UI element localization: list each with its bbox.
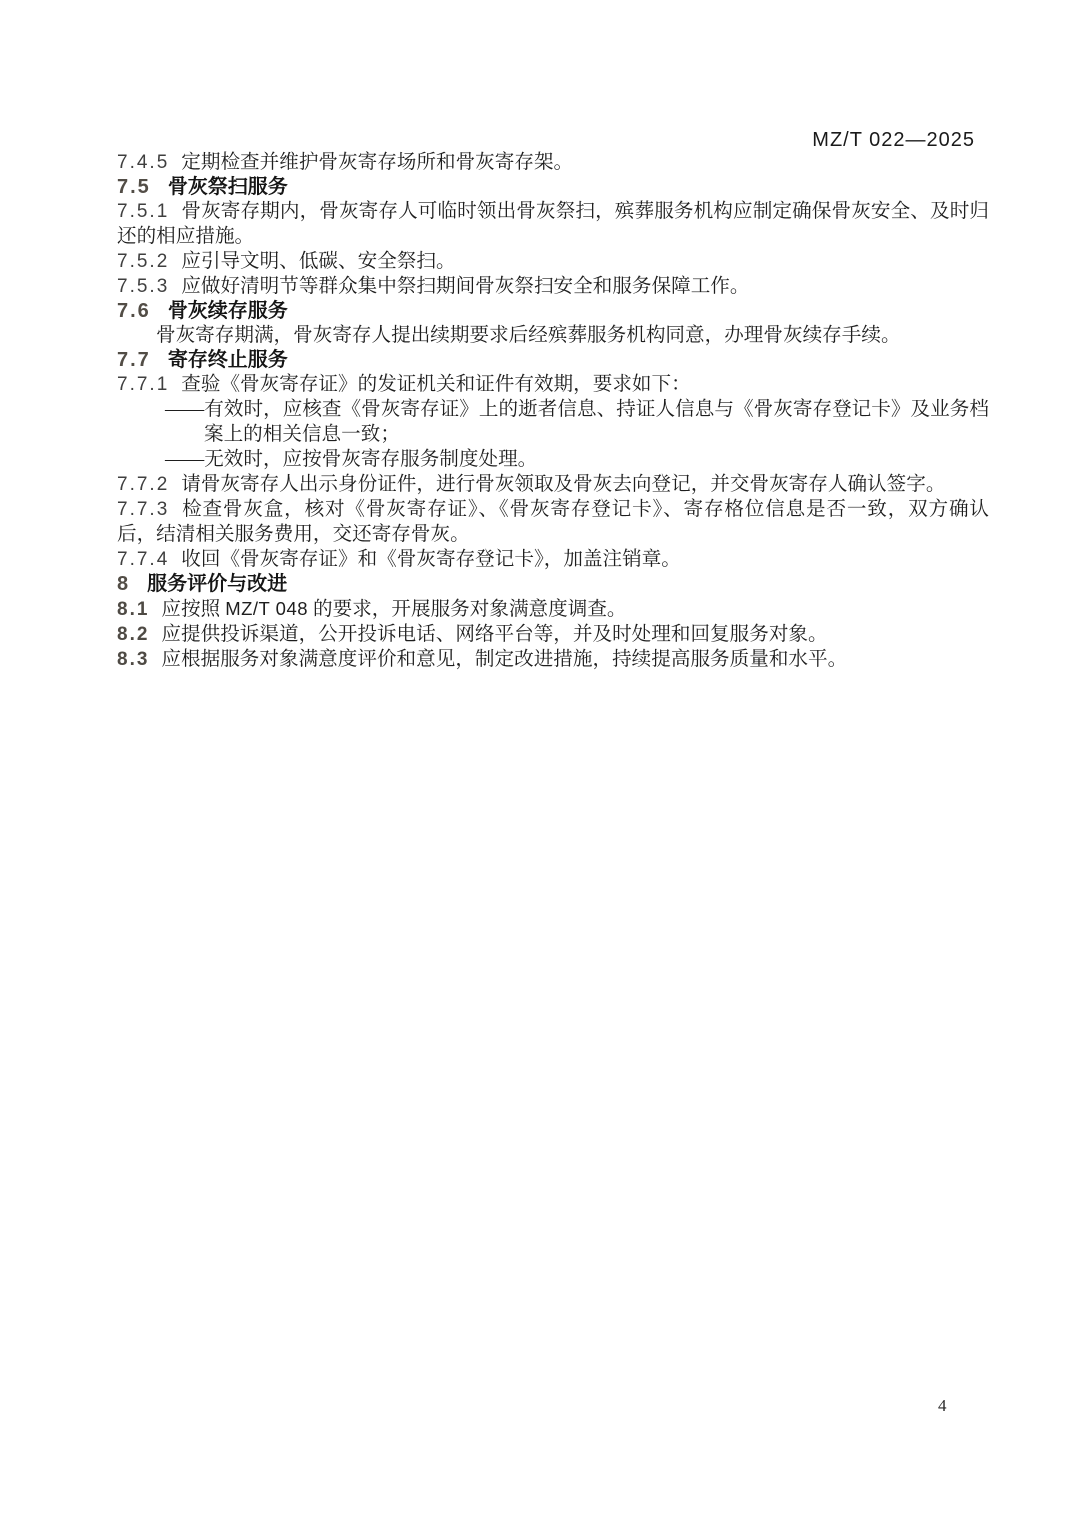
clause-7-5-1: 7.5.1骨灰寄存期内，骨灰寄存人可临时领出骨灰祭扫，殡葬服务机构应制定确保骨灰… bbox=[117, 199, 989, 249]
clause-text: 应提供投诉渠道，公开投诉电话、网络平台等，并及时处理和回复服务对象。 bbox=[161, 624, 827, 645]
clause-7-5-3: 7.5.3应做好清明节等群众集中祭扫期间骨灰祭扫安全和服务保障工作。 bbox=[117, 274, 989, 299]
clause-number: 7.5.2 bbox=[117, 251, 169, 272]
heading-number: 7.5 bbox=[117, 176, 151, 198]
clause-7-5-2: 7.5.2应引导文明、低碳、安全祭扫。 bbox=[117, 249, 989, 274]
clause-text: 应根据服务对象满意度评价和意见，制定改进措施，持续提高服务质量和水平。 bbox=[161, 649, 847, 670]
dash-item-invalid: ——无效时，应按骨灰寄存服务制度处理。 bbox=[165, 447, 989, 472]
standard-number: MZ/T 022—2025 bbox=[812, 129, 975, 151]
section-heading-7-7: 7.7寄存终止服务 bbox=[117, 348, 989, 372]
clause-7-7-3: 7.7.3检查骨灰盒，核对《骨灰寄存证》、《骨灰寄存登记卡》、寄存格位信息是否一… bbox=[117, 497, 989, 547]
clause-7-4-5: 7.4.5定期检查并维护骨灰寄存场所和骨灰寄存架。 bbox=[117, 150, 989, 175]
referenced-standard: MZ/T 048 bbox=[225, 598, 308, 619]
page-number: 4 bbox=[938, 1396, 947, 1416]
clause-text: 骨灰寄存期内，骨灰寄存人可临时领出骨灰祭扫，殡葬服务机构应制定确保骨灰安全、及时… bbox=[117, 201, 989, 247]
heading-title: 骨灰祭扫服务 bbox=[168, 176, 288, 198]
doc-header: MZ/T 022—2025 bbox=[117, 130, 989, 150]
clause-7-7-4: 7.7.4收回《骨灰寄存证》和《骨灰寄存登记卡》，加盖注销章。 bbox=[117, 547, 989, 572]
clause-text: 检查骨灰盒，核对《骨灰寄存证》、《骨灰寄存登记卡》、寄存格位信息是否一致，双方确… bbox=[117, 499, 989, 545]
dash-item-valid: ——有效时，应核查《骨灰寄存证》上的逝者信息、持证人信息与《骨灰寄存登记卡》及业… bbox=[165, 397, 989, 447]
clause-number: 7.5.1 bbox=[117, 201, 169, 222]
clause-number: 7.7.4 bbox=[117, 549, 169, 570]
clause-number: 8.2 bbox=[117, 624, 149, 645]
clause-number: 7.7.2 bbox=[117, 474, 169, 495]
document-content: MZ/T 022—2025 7.4.5定期检查并维护骨灰寄存场所和骨灰寄存架。 … bbox=[117, 130, 989, 672]
section-heading-7-5: 7.5骨灰祭扫服务 bbox=[117, 175, 989, 199]
clause-7-7-1: 7.7.1查验《骨灰寄存证》的发证机关和证件有效期，要求如下： bbox=[117, 372, 989, 397]
clause-number: 7.7.1 bbox=[117, 374, 169, 395]
clause-number: 7.5.3 bbox=[117, 276, 169, 297]
heading-title: 寄存终止服务 bbox=[168, 349, 288, 371]
clause-text: 应引导文明、低碳、安全祭扫。 bbox=[181, 251, 455, 272]
heading-title: 服务评价与改进 bbox=[147, 573, 287, 595]
clause-number: 7.7.3 bbox=[117, 499, 169, 520]
clause-text: 应做好清明节等群众集中祭扫期间骨灰祭扫安全和服务保障工作。 bbox=[181, 276, 749, 297]
clause-8-1: 8.1应按照MZ/T 048的要求，开展服务对象满意度调查。 bbox=[117, 596, 989, 622]
clause-number: 8.3 bbox=[117, 649, 149, 670]
chapter-heading-8: 8服务评价与改进 bbox=[117, 572, 989, 596]
clause-text: 定期检查并维护骨灰寄存场所和骨灰寄存架。 bbox=[181, 152, 573, 173]
clause-text: 查验《骨灰寄存证》的发证机关和证件有效期，要求如下： bbox=[181, 374, 690, 395]
paragraph-7-6: 骨灰寄存期满，骨灰寄存人提出续期要求后经殡葬服务机构同意，办理骨灰续存手续。 bbox=[117, 323, 989, 348]
clause-number: 8.1 bbox=[117, 599, 149, 620]
document-page: MZ/T 022—2025 7.4.5定期检查并维护骨灰寄存场所和骨灰寄存架。 … bbox=[0, 0, 1074, 1520]
clause-number: 7.4.5 bbox=[117, 152, 169, 173]
clause-text: 请骨灰寄存人出示身份证件，进行骨灰领取及骨灰去向登记，并交骨灰寄存人确认签字。 bbox=[181, 474, 945, 495]
clause-text-pre: 应按照 bbox=[161, 599, 220, 620]
heading-number: 8 bbox=[117, 573, 130, 595]
clause-text-post: 的要求，开展服务对象满意度调查。 bbox=[313, 599, 627, 620]
clause-7-7-2: 7.7.2请骨灰寄存人出示身份证件，进行骨灰领取及骨灰去向登记，并交骨灰寄存人确… bbox=[117, 472, 989, 497]
heading-number: 7.6 bbox=[117, 300, 151, 322]
clause-text: 收回《骨灰寄存证》和《骨灰寄存登记卡》，加盖注销章。 bbox=[181, 549, 681, 570]
heading-title: 骨灰续存服务 bbox=[168, 300, 288, 322]
clause-8-3: 8.3应根据服务对象满意度评价和意见，制定改进措施，持续提高服务质量和水平。 bbox=[117, 647, 989, 672]
clause-8-2: 8.2应提供投诉渠道，公开投诉电话、网络平台等，并及时处理和回复服务对象。 bbox=[117, 622, 989, 647]
heading-number: 7.7 bbox=[117, 349, 151, 371]
section-heading-7-6: 7.6骨灰续存服务 bbox=[117, 299, 989, 323]
